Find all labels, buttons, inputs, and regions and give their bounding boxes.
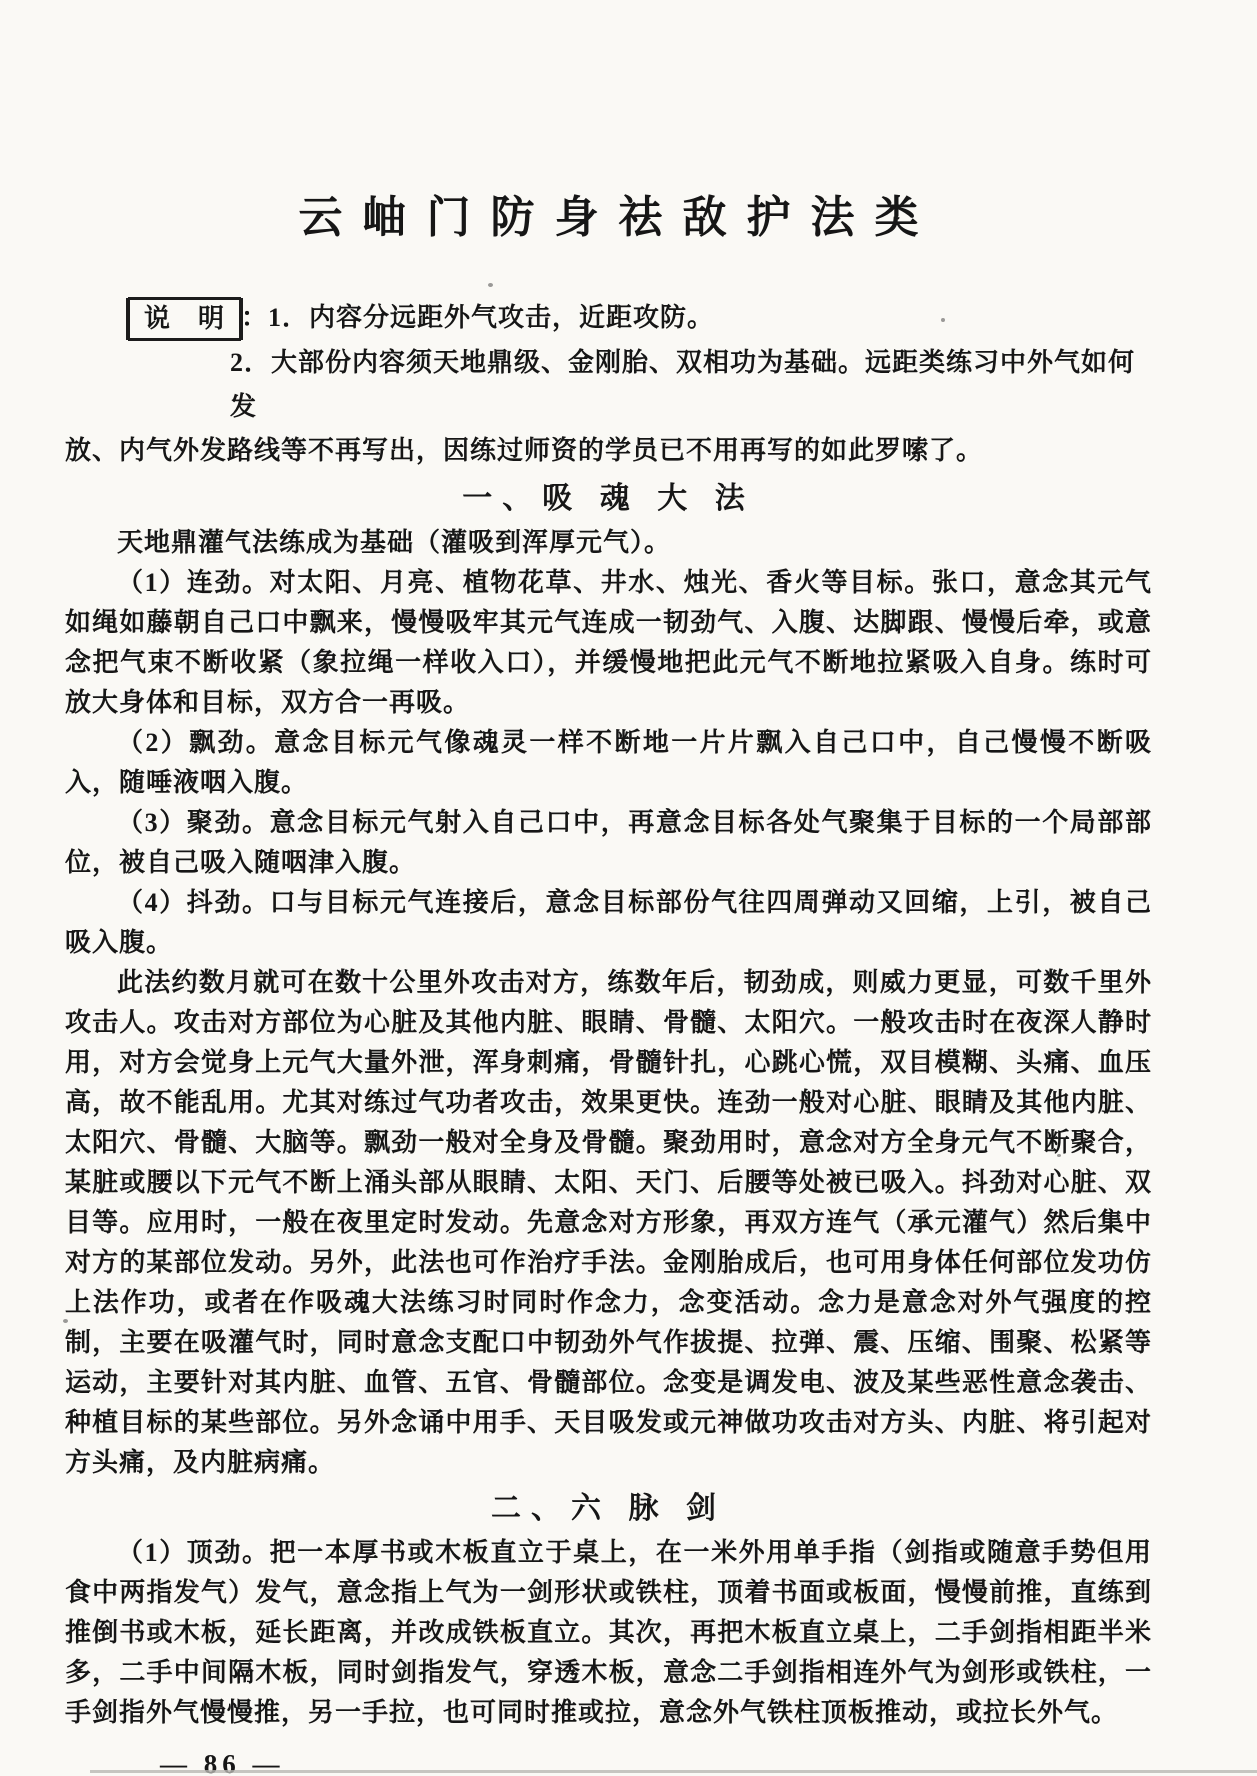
paragraph: （3）聚劲。意念目标元气射入自己口中，再意念目标各处气聚集于目标的一个局部部位，… — [65, 803, 1152, 883]
paragraph: （1）连劲。对太阳、月亮、植物花草、井水、烛光、香火等目标。张口，意念其元气如绳… — [65, 563, 1152, 723]
notice-row: 说 明 ：1．内容分远距外气攻击，近距攻防。 — [128, 296, 1152, 341]
paragraph: （1）顶劲。把一本厚书或木板直立于桌上，在一米外用单手指（剑指或随意手势但用食中… — [65, 1533, 1152, 1733]
scan-speck — [837, 649, 841, 653]
document-page: 云岫门防身祛敌护法类 说 明 ：1．内容分远距外气攻击，近距攻防。 2．大部份内… — [0, 0, 1257, 1776]
section-1-body: 天地鼎灌气法练成为基础（灌吸到浑厚元气）。 （1）连劲。对太阳、月亮、植物花草、… — [65, 523, 1152, 1483]
section-heading-six-meridian-sword: 二、六 脉 剑 — [65, 1487, 1152, 1531]
scan-speck — [488, 283, 493, 287]
scan-edge-artifact — [90, 1770, 1257, 1773]
notice-label-box: 说 明 — [128, 297, 241, 341]
section-2-body: （1）顶劲。把一本厚书或木板直立于桌上，在一米外用单手指（剑指或随意手势但用食中… — [65, 1533, 1152, 1733]
scan-speck — [941, 318, 945, 322]
paragraph: 天地鼎灌气法练成为基础（灌吸到浑厚元气）。 — [65, 523, 1152, 563]
page-title: 云岫门防身祛敌护法类 — [85, 196, 1152, 240]
section-heading-soul-absorbing-method: 一、吸 魂 大 法 — [65, 477, 1152, 521]
scan-speck — [1057, 1154, 1061, 1157]
notice-block: 说 明 ：1．内容分远距外气攻击，近距攻防。 2．大部份内容须天地鼎级、金刚胎、… — [65, 296, 1152, 473]
notice-line-3: 放、内气外发路线等不再写出，因练过师资的学员已不用再写的如此罗嗦了。 — [65, 429, 1152, 473]
paragraph: 此法约数月就可在数十公里外攻击对方，练数年后，韧劲成，则威力更显，可数千里外攻击… — [65, 963, 1152, 1483]
notice-line-2: 2．大部份内容须天地鼎级、金刚胎、双相功为基础。远距类练习中外气如何发 — [230, 341, 1152, 429]
paragraph: （2）飘劲。意念目标元气像魂灵一样不断地一片片飘入自己口中，自己慢慢不断吸入，随… — [65, 723, 1152, 803]
notice-line-1: ：1．内容分远距外气攻击，近距攻防。 — [241, 296, 714, 340]
scan-speck — [63, 1319, 68, 1323]
paragraph: （4）抖劲。口与目标元气连接后，意念目标部份气往四周弹动又回缩，上引，被自己吸入… — [65, 883, 1152, 963]
